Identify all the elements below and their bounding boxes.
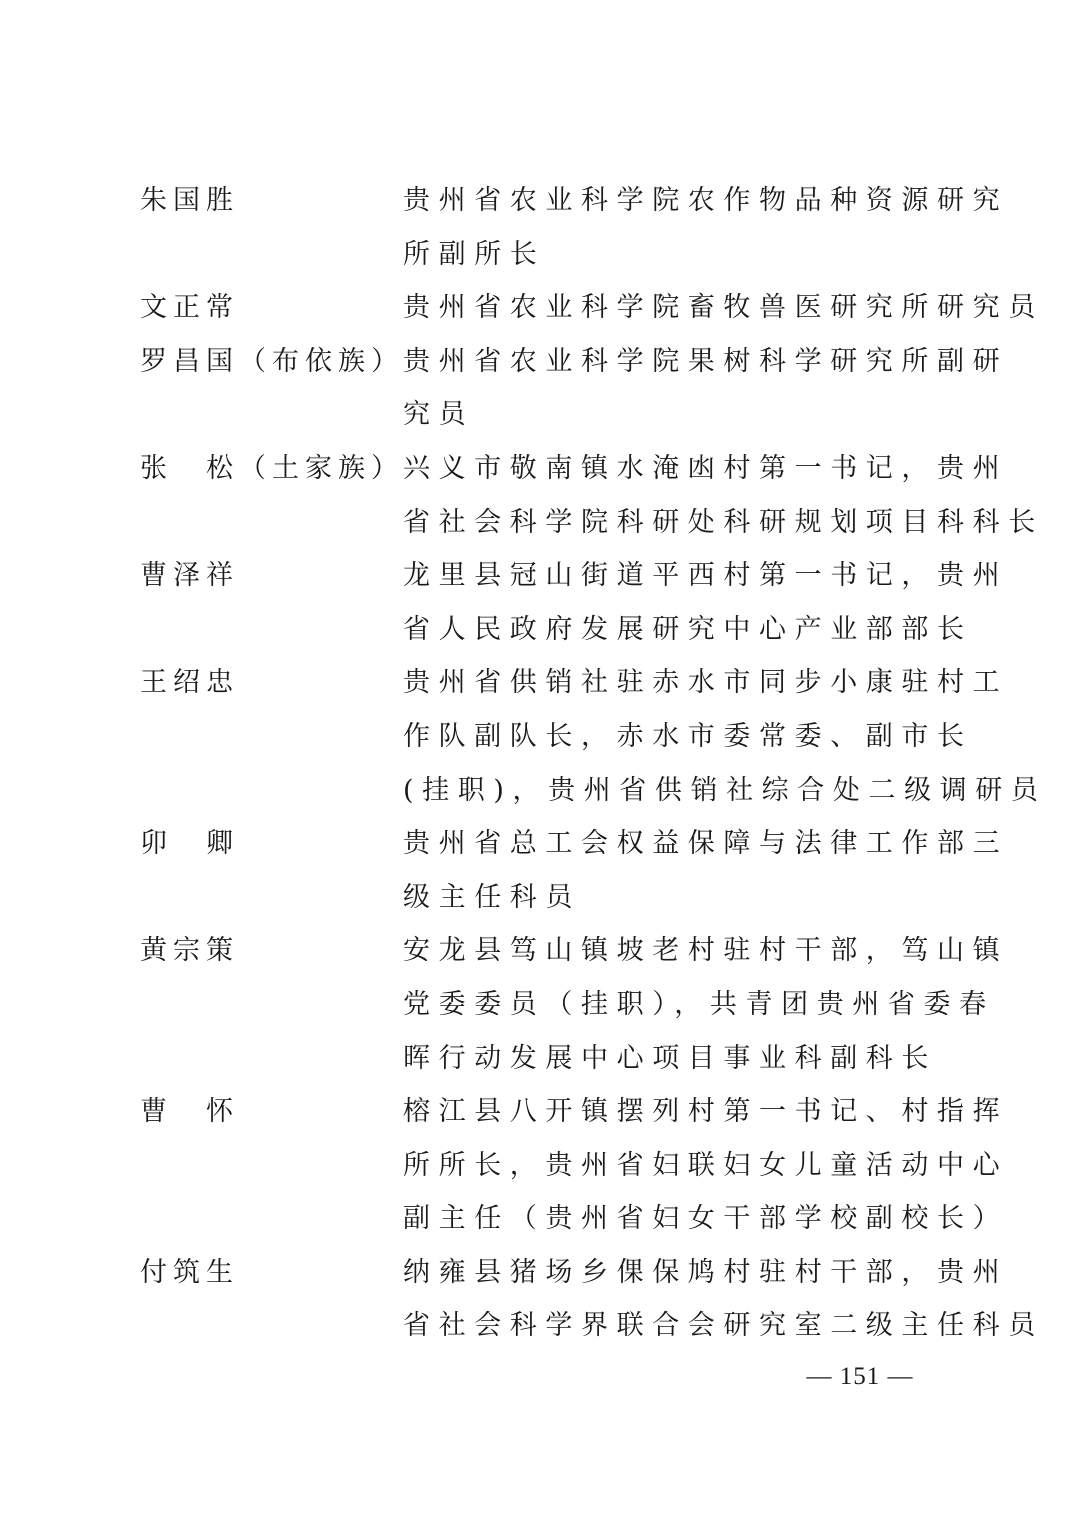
list-item: 付筑生 纳雍县猪场乡倮保鸠村驻村干部，贵州 省社会科学界联合会研究室二级主任科员 (140, 1246, 940, 1353)
person-name: 王绍忠 (140, 656, 403, 710)
position-line: 晖行动发展中心项目事业科副科长 (403, 1032, 943, 1086)
person-name: 卯 卿 (140, 817, 403, 871)
list-item: 文正常 贵州省农业科学院畜牧兽医研究所研究员 (140, 281, 940, 335)
person-name: 罗昌国（布依族） (140, 335, 403, 389)
position-line: 究员 (403, 388, 943, 442)
position-line: 安龙县笃山镇坡老村驻村干部，笃山镇 (403, 924, 943, 978)
position-line: 榕江县八开镇摆列村第一书记、村指挥 (403, 1085, 943, 1139)
list-item: 王绍忠 贵州省供销社驻赤水市同步小康驻村工 作队副队长，赤水市委常委、副市长 (… (140, 656, 940, 817)
person-name: 张 松（土家族） (140, 442, 403, 496)
position-line: 贵州省总工会权益保障与法律工作部三 (403, 817, 943, 871)
position-line: 省社会科学界联合会研究室二级主任科员 (403, 1299, 943, 1353)
person-position: 贵州省总工会权益保障与法律工作部三 级主任科员 (403, 817, 943, 924)
position-line: 纳雍县猪场乡倮保鸠村驻村干部，贵州 (403, 1246, 943, 1300)
position-line: 兴义市敬南镇水淹凼村第一书记，贵州 (403, 442, 943, 496)
position-line: 贵州省供销社驻赤水市同步小康驻村工 (403, 656, 943, 710)
person-name: 付筑生 (140, 1246, 403, 1300)
position-line: 省人民政府发展研究中心产业部部长 (403, 603, 943, 657)
page-number: — 151 — (800, 1357, 920, 1397)
personnel-list: 朱国胜 贵州省农业科学院农作物品种资源研究 所副所长 文正常 贵州省农业科学院畜… (140, 174, 940, 1353)
person-position: 纳雍县猪场乡倮保鸠村驻村干部，贵州 省社会科学界联合会研究室二级主任科员 (403, 1246, 943, 1353)
person-position: 龙里县冠山街道平西村第一书记，贵州 省人民政府发展研究中心产业部部长 (403, 549, 943, 656)
position-line: 龙里县冠山街道平西村第一书记，贵州 (403, 549, 943, 603)
person-position: 贵州省农业科学院果树科学研究所副研 究员 (403, 335, 943, 442)
position-line: 党委委员（挂职），共青团贵州省委春 (403, 978, 943, 1032)
document-page: 朱国胜 贵州省农业科学院农作物品种资源研究 所副所长 文正常 贵州省农业科学院畜… (0, 0, 1080, 1527)
position-line: 所所长，贵州省妇联妇女儿童活动中心 (403, 1139, 943, 1193)
position-line: 副主任（贵州省妇女干部学校副校长） (403, 1192, 943, 1246)
list-item: 张 松（土家族） 兴义市敬南镇水淹凼村第一书记，贵州 省社会科学院科研处科研规划… (140, 442, 940, 549)
list-item: 朱国胜 贵州省农业科学院农作物品种资源研究 所副所长 (140, 174, 940, 281)
position-line: 作队副队长，赤水市委常委、副市长 (403, 710, 943, 764)
position-line: 贵州省农业科学院畜牧兽医研究所研究员 (403, 281, 943, 335)
list-item: 曹泽祥 龙里县冠山街道平西村第一书记，贵州 省人民政府发展研究中心产业部部长 (140, 549, 940, 656)
person-position: 贵州省农业科学院畜牧兽医研究所研究员 (403, 281, 943, 335)
person-position: 安龙县笃山镇坡老村驻村干部，笃山镇 党委委员（挂职），共青团贵州省委春 晖行动发… (403, 924, 943, 1085)
position-line: (挂职)，贵州省供销社综合处二级调研员 (403, 764, 943, 818)
person-name: 曹 怀 (140, 1085, 403, 1139)
person-name: 黄宗策 (140, 924, 403, 978)
position-line: 贵州省农业科学院农作物品种资源研究 (403, 174, 943, 228)
list-item: 卯 卿 贵州省总工会权益保障与法律工作部三 级主任科员 (140, 817, 940, 924)
position-line: 省社会科学院科研处科研规划项目科科长 (403, 496, 943, 550)
list-item: 曹 怀 榕江县八开镇摆列村第一书记、村指挥 所所长，贵州省妇联妇女儿童活动中心 … (140, 1085, 940, 1246)
person-name: 文正常 (140, 281, 403, 335)
person-position: 榕江县八开镇摆列村第一书记、村指挥 所所长，贵州省妇联妇女儿童活动中心 副主任（… (403, 1085, 943, 1246)
person-name: 朱国胜 (140, 174, 403, 228)
person-position: 贵州省农业科学院农作物品种资源研究 所副所长 (403, 174, 943, 281)
person-name: 曹泽祥 (140, 549, 403, 603)
person-position: 兴义市敬南镇水淹凼村第一书记，贵州 省社会科学院科研处科研规划项目科科长 (403, 442, 943, 549)
position-line: 所副所长 (403, 228, 943, 282)
position-line: 贵州省农业科学院果树科学研究所副研 (403, 335, 943, 389)
position-line: 级主任科员 (403, 871, 943, 925)
list-item: 黄宗策 安龙县笃山镇坡老村驻村干部，笃山镇 党委委员（挂职），共青团贵州省委春 … (140, 924, 940, 1085)
person-position: 贵州省供销社驻赤水市同步小康驻村工 作队副队长，赤水市委常委、副市长 (挂职)，… (403, 656, 943, 817)
list-item: 罗昌国（布依族） 贵州省农业科学院果树科学研究所副研 究员 (140, 335, 940, 442)
